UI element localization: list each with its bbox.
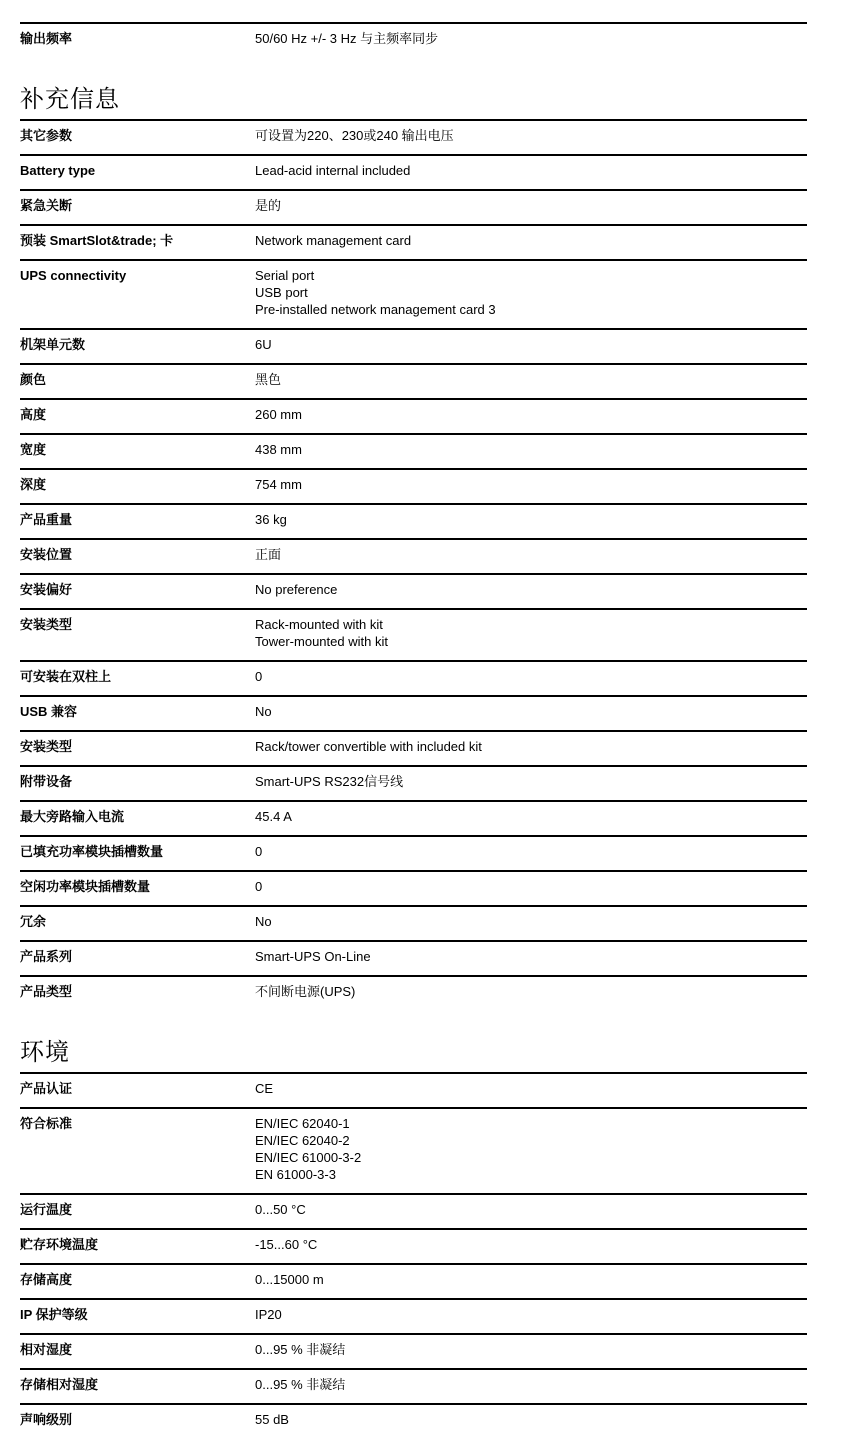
spec-table: 其它参数可设置为220、230或240 输出电压Battery typeLead… <box>20 119 807 1010</box>
spec-label: 最大旁路输入电流 <box>20 808 255 825</box>
spec-row: 符合标准EN/IEC 62040-1EN/IEC 62040-2EN/IEC 6… <box>20 1107 807 1193</box>
spec-value: 438 mm <box>255 441 302 458</box>
spec-label: 紧急关断 <box>20 197 255 214</box>
spec-value: 55 dB <box>255 1411 289 1428</box>
spec-row: 运行温度0...50 °C <box>20 1193 807 1228</box>
spec-value-line: 45.4 A <box>255 808 292 825</box>
spec-label: 附带设备 <box>20 773 255 790</box>
spec-value: 是的 <box>255 197 281 214</box>
spec-value-line: 6U <box>255 336 272 353</box>
spec-value-line: 0 <box>255 878 262 895</box>
spec-value-line: 黑色 <box>255 371 281 388</box>
spec-value: 6U <box>255 336 272 353</box>
spec-value: 黑色 <box>255 371 281 388</box>
spec-value-line: No <box>255 913 272 930</box>
spec-label: 深度 <box>20 476 255 493</box>
spec-label: IP 保护等级 <box>20 1306 255 1323</box>
spec-value-line: 是的 <box>255 197 281 214</box>
spec-value-line: Tower-mounted with kit <box>255 633 388 650</box>
spec-value: 不间断电源(UPS) <box>255 983 355 1000</box>
spec-row: 产品认证CE <box>20 1072 807 1107</box>
spec-value: Lead-acid internal included <box>255 162 410 179</box>
spec-row: 其它参数可设置为220、230或240 输出电压 <box>20 119 807 154</box>
spec-value: 36 kg <box>255 511 287 528</box>
spec-value: 可设置为220、230或240 输出电压 <box>255 127 454 144</box>
spec-value-line: 754 mm <box>255 476 302 493</box>
spec-value-line: 0...15000 m <box>255 1271 324 1288</box>
spec-label: 存储高度 <box>20 1271 255 1288</box>
spec-label: 相对湿度 <box>20 1341 255 1358</box>
spec-value-line: EN/IEC 61000-3-2 <box>255 1149 361 1166</box>
spec-value-line: 正面 <box>255 546 281 563</box>
spec-label: 产品类型 <box>20 983 255 1000</box>
spec-row: 产品类型不间断电源(UPS) <box>20 975 807 1010</box>
spec-row: 存储相对湿度0...95 % 非凝结 <box>20 1368 807 1403</box>
spec-value-line: 36 kg <box>255 511 287 528</box>
spec-value-line: 0...95 % 非凝结 <box>255 1341 345 1358</box>
spec-value-line: Rack-mounted with kit <box>255 616 388 633</box>
spec-row: 安装位置正面 <box>20 538 807 573</box>
spec-value-line: EN 61000-3-3 <box>255 1166 361 1183</box>
spec-row: 安装类型Rack-mounted with kitTower-mounted w… <box>20 608 807 660</box>
spec-value-line: -15...60 °C <box>255 1236 317 1253</box>
spec-label: 预装 SmartSlot&trade; 卡 <box>20 232 255 249</box>
spec-row: 预装 SmartSlot&trade; 卡Network management … <box>20 224 807 259</box>
spec-value-line: Rack/tower convertible with included kit <box>255 738 482 755</box>
spec-value-line: CE <box>255 1080 273 1097</box>
spec-label: 可安装在双柱上 <box>20 668 255 685</box>
spec-value-line: 0...95 % 非凝结 <box>255 1376 345 1393</box>
spec-value: EN/IEC 62040-1EN/IEC 62040-2EN/IEC 61000… <box>255 1115 361 1183</box>
spec-value: 0 <box>255 878 262 895</box>
spec-label: 存储相对湿度 <box>20 1376 255 1393</box>
spec-value: 260 mm <box>255 406 302 423</box>
spec-row: 产品系列Smart-UPS On-Line <box>20 940 807 975</box>
spec-row: 可安装在双柱上0 <box>20 660 807 695</box>
spec-value-line: USB port <box>255 284 496 301</box>
spec-value-line: Pre-installed network management card 3 <box>255 301 496 318</box>
spec-row: Battery typeLead-acid internal included <box>20 154 807 189</box>
spec-value: 0...15000 m <box>255 1271 324 1288</box>
spec-value: No preference <box>255 581 337 598</box>
spec-table: 产品认证CE符合标准EN/IEC 62040-1EN/IEC 62040-2EN… <box>20 1072 807 1434</box>
spec-value-line: 可设置为220、230或240 输出电压 <box>255 127 454 144</box>
spec-label: 符合标准 <box>20 1115 255 1132</box>
spec-value: No <box>255 703 272 720</box>
spec-value: 正面 <box>255 546 281 563</box>
spec-label: 安装位置 <box>20 546 255 563</box>
spec-label: 产品认证 <box>20 1080 255 1097</box>
spec-value-line: 不间断电源(UPS) <box>255 983 355 1000</box>
spec-label: Battery type <box>20 162 255 179</box>
spec-value: Smart-UPS On-Line <box>255 948 371 965</box>
spec-sheet: 输出频率50/60 Hz +/- 3 Hz 与主频率同步补充信息其它参数可设置为… <box>20 0 807 1434</box>
spec-value-line: EN/IEC 62040-2 <box>255 1132 361 1149</box>
spec-row: 紧急关断是的 <box>20 189 807 224</box>
spec-label: 安装类型 <box>20 738 255 755</box>
spec-row: 附带设备Smart-UPS RS232信号线 <box>20 765 807 800</box>
spec-row: 贮存环境温度-15...60 °C <box>20 1228 807 1263</box>
spec-value: Rack-mounted with kitTower-mounted with … <box>255 616 388 650</box>
spec-value: Network management card <box>255 232 411 249</box>
spec-row: 安装类型Rack/tower convertible with included… <box>20 730 807 765</box>
spec-label: 输出频率 <box>20 30 255 47</box>
spec-value-line: 0...50 °C <box>255 1201 306 1218</box>
spec-row: 高度260 mm <box>20 398 807 433</box>
spec-value: 0...95 % 非凝结 <box>255 1341 345 1358</box>
spec-value-line: EN/IEC 62040-1 <box>255 1115 361 1132</box>
spec-value: Serial portUSB portPre-installed network… <box>255 267 496 318</box>
spec-row: 相对湿度0...95 % 非凝结 <box>20 1333 807 1368</box>
spec-value: Rack/tower convertible with included kit <box>255 738 482 755</box>
spec-row: 冗余No <box>20 905 807 940</box>
spec-row: 声响级别55 dB <box>20 1403 807 1434</box>
spec-value-line: 0 <box>255 668 262 685</box>
spec-value: 0...50 °C <box>255 1201 306 1218</box>
spec-label: 已填充功率模块插槽数量 <box>20 843 255 860</box>
spec-value-line: Network management card <box>255 232 411 249</box>
spec-row: 产品重量36 kg <box>20 503 807 538</box>
spec-row: 已填充功率模块插槽数量0 <box>20 835 807 870</box>
spec-label: USB 兼容 <box>20 703 255 720</box>
spec-label: 其它参数 <box>20 127 255 144</box>
spec-value: 0 <box>255 668 262 685</box>
spec-row: IP 保护等级IP20 <box>20 1298 807 1333</box>
spec-row: 安装偏好No preference <box>20 573 807 608</box>
spec-value: IP20 <box>255 1306 282 1323</box>
spec-value-line: Smart-UPS RS232信号线 <box>255 773 403 790</box>
spec-label: 安装偏好 <box>20 581 255 598</box>
spec-table: 输出频率50/60 Hz +/- 3 Hz 与主频率同步 <box>20 22 807 57</box>
spec-row: 最大旁路输入电流45.4 A <box>20 800 807 835</box>
spec-value: 0 <box>255 843 262 860</box>
spec-label: 冗余 <box>20 913 255 930</box>
spec-value: 754 mm <box>255 476 302 493</box>
spec-row: UPS connectivitySerial portUSB portPre-i… <box>20 259 807 328</box>
spec-value: -15...60 °C <box>255 1236 317 1253</box>
spec-value-line: No <box>255 703 272 720</box>
spec-value-line: 438 mm <box>255 441 302 458</box>
spec-row: 输出频率50/60 Hz +/- 3 Hz 与主频率同步 <box>20 22 807 57</box>
spec-label: 产品系列 <box>20 948 255 965</box>
spec-value-line: Smart-UPS On-Line <box>255 948 371 965</box>
spec-value-line: 260 mm <box>255 406 302 423</box>
spec-row: 存储高度0...15000 m <box>20 1263 807 1298</box>
spec-value-line: 0 <box>255 843 262 860</box>
spec-value: CE <box>255 1080 273 1097</box>
spec-value: 45.4 A <box>255 808 292 825</box>
spec-row: 深度754 mm <box>20 468 807 503</box>
spec-value: No <box>255 913 272 930</box>
section-heading: 环境 <box>20 1039 807 1067</box>
spec-value: 0...95 % 非凝结 <box>255 1376 345 1393</box>
spec-value-line: Lead-acid internal included <box>255 162 410 179</box>
spec-label: 机架单元数 <box>20 336 255 353</box>
spec-label: 高度 <box>20 406 255 423</box>
spec-label: 宽度 <box>20 441 255 458</box>
spec-label: 声响级别 <box>20 1411 255 1428</box>
spec-row: 机架单元数6U <box>20 328 807 363</box>
spec-row: 颜色黑色 <box>20 363 807 398</box>
spec-value: 50/60 Hz +/- 3 Hz 与主频率同步 <box>255 30 438 47</box>
spec-label: UPS connectivity <box>20 267 255 284</box>
spec-label: 空闲功率模块插槽数量 <box>20 878 255 895</box>
spec-label: 产品重量 <box>20 511 255 528</box>
spec-value-line: No preference <box>255 581 337 598</box>
spec-label: 安装类型 <box>20 616 255 633</box>
spec-value-line: 55 dB <box>255 1411 289 1428</box>
spec-value: Smart-UPS RS232信号线 <box>255 773 403 790</box>
spec-row: 宽度438 mm <box>20 433 807 468</box>
section-heading: 补充信息 <box>20 86 807 114</box>
spec-value-line: IP20 <box>255 1306 282 1323</box>
spec-row: 空闲功率模块插槽数量0 <box>20 870 807 905</box>
spec-value-line: Serial port <box>255 267 496 284</box>
spec-label: 贮存环境温度 <box>20 1236 255 1253</box>
spec-value-line: 50/60 Hz +/- 3 Hz 与主频率同步 <box>255 30 438 47</box>
spec-label: 颜色 <box>20 371 255 388</box>
spec-row: USB 兼容No <box>20 695 807 730</box>
spec-label: 运行温度 <box>20 1201 255 1218</box>
